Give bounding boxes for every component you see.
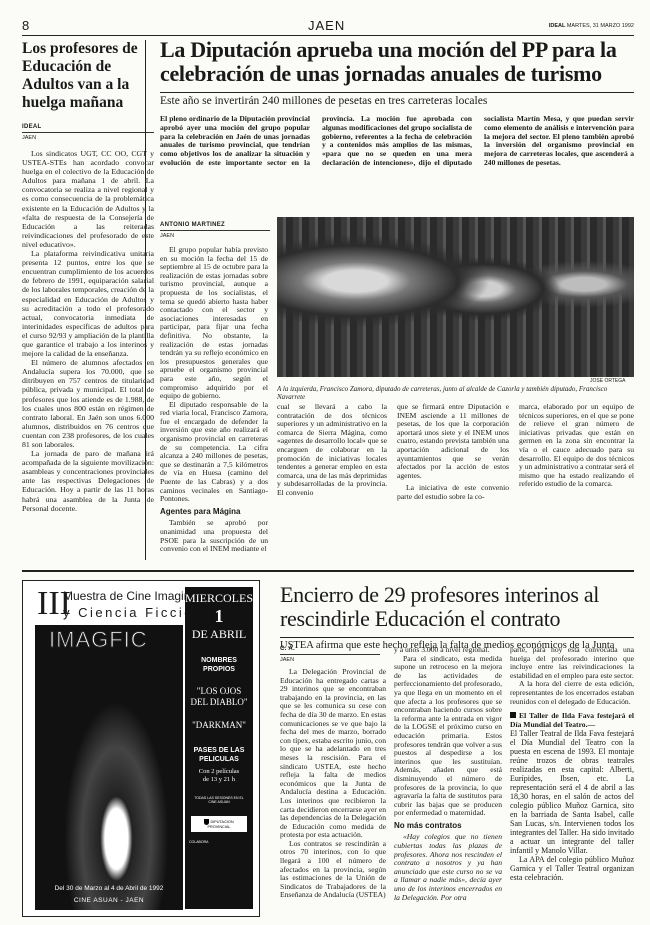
- bottom-article: Encierro de 29 profesores interinos al r…: [280, 583, 634, 651]
- bottom-headline: Encierro de 29 profesores interinos al r…: [280, 583, 634, 631]
- ad-film-2: "DARKMAN": [185, 720, 253, 730]
- ad-section-title: NOMBRES PROPIOS: [193, 656, 245, 674]
- bottom-col3: parte, para hoy está convocada una huelg…: [510, 646, 634, 882]
- main-col3: que se firmará entre Diputación e INEM a…: [397, 403, 509, 502]
- ad-colab: COLABORA: [185, 840, 253, 844]
- main-subheadline: Este año se invertirán 240 millones de p…: [160, 95, 634, 107]
- col-subhead: No más contratos: [394, 822, 502, 831]
- paragraph: A la hora del cierre de esta edición, re…: [510, 680, 634, 706]
- news-photo: [277, 217, 634, 377]
- paragraph: También se aprobó por unanimidad una pro…: [160, 519, 268, 553]
- film-festival-ad: III Muestra de Cine Imaginario y Ciencia…: [22, 580, 260, 917]
- left-body: Los sindicatos UGT, CC OO, CGT y USTEA-S…: [22, 149, 154, 513]
- photo-credit: JOSE ORTEGA: [590, 378, 625, 384]
- left-place: JAEN: [22, 135, 154, 141]
- paragraph: Los sindicatos UGT, CC OO, CGT y USTEA-S…: [22, 149, 154, 249]
- paragraph: cual se llevará a cabo la contratación d…: [277, 403, 387, 498]
- main-article: La Diputación aprueba una moción del PP …: [160, 38, 634, 173]
- header-rule: [22, 35, 634, 36]
- paragraph: El grupo popular había previsto en su mo…: [160, 246, 268, 401]
- paragraph: La Delegación Provincial de Educación ha…: [280, 668, 386, 840]
- main-byline-block: ANTONIO MARTINEZ JAEN: [160, 222, 270, 239]
- main-col4: marca, elaborado por un equipo de técnic…: [519, 403, 634, 489]
- ad-artwork: IMAGFIC Del 30 de Marzo al 4 de Abril de…: [35, 625, 183, 910]
- ad-sponsor-name: DIPUTACION PROVINCIAL: [208, 820, 234, 829]
- bottom-place: JAEN: [280, 657, 380, 663]
- paragraph: Para el sindicato, esta medida supone un…: [394, 655, 502, 818]
- page-header: 8 JAEN IDEAL MARTES, 31 MARZO 1992: [22, 18, 634, 34]
- ad-title-line2: y Ciencia Ficción: [63, 605, 204, 620]
- ad-brand: IMAGFIC: [49, 627, 148, 653]
- left-headline: Los profesores de Educación de Adultos v…: [22, 40, 154, 112]
- page-number: 8: [22, 18, 29, 33]
- paragraph: La jornada de paro de mañana irá acompañ…: [22, 449, 154, 513]
- ad-day: MIERCOLES: [185, 591, 253, 606]
- masthead-date: IDEAL MARTES, 31 MARZO 1992: [549, 23, 634, 29]
- paragraph: La plataforma reivindicativa unitaria pr…: [22, 249, 154, 358]
- section-rule: [22, 570, 634, 572]
- ad-venue: CINE ASUAN - JAEN: [35, 897, 183, 904]
- main-lead: El pleno ordinario de la Diputación prov…: [160, 115, 634, 173]
- main-col1: El grupo popular había previsto en su mo…: [160, 246, 268, 564]
- bullet-square-icon: [510, 712, 516, 718]
- issue-date: MARTES, 31 MARZO 1992: [567, 23, 634, 29]
- main-place: JAEN: [160, 233, 270, 239]
- paragraph: El Taller Teatral de Ilda Fava festejará…: [510, 729, 634, 855]
- section-name: JAEN: [308, 18, 345, 33]
- paragraph: El número de alumnos afectados en Andalu…: [22, 358, 154, 449]
- paragraph: La APA del colegio público Muñoz Garnica…: [510, 855, 634, 882]
- main-col2: cual se llevará a cabo la contratación d…: [277, 403, 387, 498]
- brief-item: El Taller de Ilda Fava festejará el Día …: [510, 712, 634, 882]
- ad-passes-text: Con 2 películas de 13 y 21 h: [195, 768, 243, 784]
- paragraph: Los contratos se rescindirán a otros 70 …: [280, 840, 386, 900]
- ad-small-note: TODAS LAS SESIONES EN EL CINE ASUAN: [193, 796, 245, 804]
- bottom-byline: C. A.: [280, 646, 380, 655]
- ad-date-num: 1: [185, 606, 253, 627]
- ad-dates: Del 30 de Marzo al 4 de Abril de 1992: [35, 885, 183, 892]
- bottom-col2: y a unos 3.000 a nivel regional. Para el…: [394, 646, 502, 902]
- ad-film-1: "LOS OJOS DEL DIABLO": [189, 686, 249, 708]
- paragraph: La iniciativa de este convenio parte del…: [397, 484, 509, 501]
- left-article: Los profesores de Educación de Adultos v…: [22, 40, 154, 513]
- main-byline: ANTONIO MARTINEZ: [160, 222, 270, 231]
- bottom-byline-block: C. A. JAEN: [280, 646, 380, 663]
- paragraph: que se firmará entre Diputación e INEM a…: [397, 403, 509, 480]
- ad-sponsor: DIPUTACION PROVINCIAL: [191, 816, 247, 832]
- paragraph: «Hay colegios que no tienen cubiertas to…: [394, 833, 502, 902]
- paragraph: parte, para hoy está convocada una huelg…: [510, 646, 634, 680]
- photo-caption: A la izquierda, Francisco Zamora, diputa…: [277, 385, 634, 401]
- brief-headline: El Taller de Ilda Fava festejará el Día …: [510, 711, 634, 729]
- paper-name: IDEAL: [549, 23, 566, 29]
- ad-month: DE ABRIL: [185, 627, 253, 642]
- bottom-col1: La Delegación Provincial de Educación ha…: [280, 668, 386, 900]
- ad-schedule: MIERCOLES 1 DE ABRIL NOMBRES PROPIOS "LO…: [185, 587, 253, 909]
- paragraph: marca, elaborado por un equipo de técnic…: [519, 403, 634, 489]
- left-source: IDEAL: [22, 124, 154, 133]
- ad-passes-title: PASES DE LAS PELICULAS: [191, 746, 247, 764]
- main-headline: La Diputación aprueba una moción del PP …: [160, 38, 634, 86]
- column-divider: [145, 40, 146, 560]
- col-subhead: Agentes para Mágina: [160, 508, 268, 517]
- subhead-rule: [160, 92, 634, 93]
- subhead-rule: [280, 637, 634, 638]
- paragraph: El diputado responsable de la red viaria…: [160, 401, 268, 504]
